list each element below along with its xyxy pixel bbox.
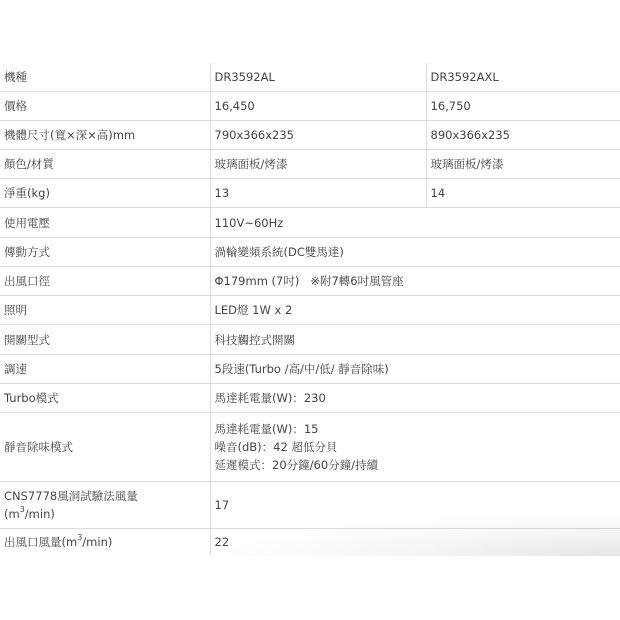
table-row-cns-airflow: CNS7778風洞試驗法風量 (m3/min) 17 (0, 482, 620, 529)
table-row-drive: 傳動方式 渦輪變頻系統(DC雙馬達) (0, 238, 620, 267)
voltage-value: 110V~60Hz (210, 208, 620, 238)
silent-noise-line: 噪音(dB)：42 超低分貝 (215, 438, 620, 456)
row-label: 開關型式 (0, 325, 210, 355)
row-label: 出風口風量(m3/min) (0, 529, 210, 556)
table-row-weight: 淨重(kg) 13 14 (0, 179, 620, 208)
dimensions-a-value: 790x366x235 (210, 121, 426, 150)
table-row-model: 機種 DR3592AL DR3592AXL (0, 63, 620, 92)
price-b-value: 16,750 (426, 92, 620, 121)
row-label: 照明 (0, 296, 210, 325)
switch-value: 科技觸控式開關 (210, 325, 620, 355)
cns-label-line1: CNS7778風洞試驗法風量 (4, 487, 210, 505)
drive-value: 渦輪變頻系統(DC雙馬達) (210, 238, 620, 267)
unit-suffix: /min) (25, 507, 55, 521)
price-a-value: 16,450 (210, 92, 426, 121)
label-suffix: /min) (82, 535, 112, 549)
table-row-outlet: 出風口徑 Φ179mm (7吋) ※附7轉6吋風管座 (0, 267, 620, 296)
row-label: CNS7778風洞試驗法風量 (m3/min) (0, 482, 210, 529)
row-label: 傳動方式 (0, 238, 210, 267)
table-row-voltage: 使用電壓 110V~60Hz (0, 208, 620, 238)
outlet-airflow-value: 22 (210, 529, 620, 556)
row-label: 使用電壓 (0, 208, 210, 238)
weight-b-value: 14 (426, 179, 620, 208)
outlet-value: Φ179mm (7吋) ※附7轉6吋風管座 (210, 267, 620, 296)
material-b-value: 玻璃面板/烤漆 (426, 150, 620, 179)
row-label: Turbo模式 (0, 384, 210, 413)
row-label: 機種 (0, 63, 210, 92)
table-row-switch: 開關型式 科技觸控式開關 (0, 325, 620, 355)
cns-airflow-value: 17 (210, 482, 620, 529)
weight-a-value: 13 (210, 179, 426, 208)
model-a-value: DR3592AL (210, 63, 426, 92)
row-label: 淨重(kg) (0, 179, 210, 208)
table-row-dimensions: 機體尺寸(寬×深×高)mm 790x366x235 890x366x235 (0, 121, 620, 150)
silent-delay-line: 延遲模式：20分鐘/60分鐘/持續 (215, 456, 620, 474)
table-row-lighting: 照明 LED燈 1W x 2 (0, 296, 620, 325)
row-label: 機體尺寸(寬×深×高)mm (0, 121, 210, 150)
unit-prefix: (m (4, 507, 20, 521)
table-row-speed: 調速 5段速(Turbo /高/中/低/ 靜音除味) (0, 355, 620, 384)
spec-comparison-table: 機種 DR3592AL DR3592AXL 價格 16,450 16,750 機… (0, 63, 620, 555)
model-b-value: DR3592AXL (426, 63, 620, 92)
material-a-value: 玻璃面板/烤漆 (210, 150, 426, 179)
row-label: 顏色/材質 (0, 150, 210, 179)
table-row-turbo: Turbo模式 馬達耗電量(W)：230 (0, 384, 620, 413)
row-label: 調速 (0, 355, 210, 384)
row-label: 出風口徑 (0, 267, 210, 296)
lighting-value: LED燈 1W x 2 (210, 296, 620, 325)
table-row-material: 顏色/材質 玻璃面板/烤漆 玻璃面板/烤漆 (0, 150, 620, 179)
cns-label-line2: (m3/min) (4, 505, 210, 523)
silent-power-line: 馬達耗電量(W)：15 (215, 420, 620, 438)
label-prefix: 出風口風量(m (4, 535, 77, 549)
speed-value: 5段速(Turbo /高/中/低/ 靜音除味) (210, 355, 620, 384)
dimensions-b-value: 890x366x235 (426, 121, 620, 150)
table-row-outlet-airflow: 出風口風量(m3/min) 22 (0, 529, 620, 556)
row-label: 靜音除味模式 (0, 413, 210, 482)
row-label: 價格 (0, 92, 210, 121)
turbo-value: 馬達耗電量(W)：230 (210, 384, 620, 413)
table-row-price: 價格 16,450 16,750 (0, 92, 620, 121)
table-row-silent-mode: 靜音除味模式 馬達耗電量(W)：15 噪音(dB)：42 超低分貝 延遲模式：2… (0, 413, 620, 482)
silent-mode-value: 馬達耗電量(W)：15 噪音(dB)：42 超低分貝 延遲模式：20分鐘/60分… (210, 413, 620, 482)
